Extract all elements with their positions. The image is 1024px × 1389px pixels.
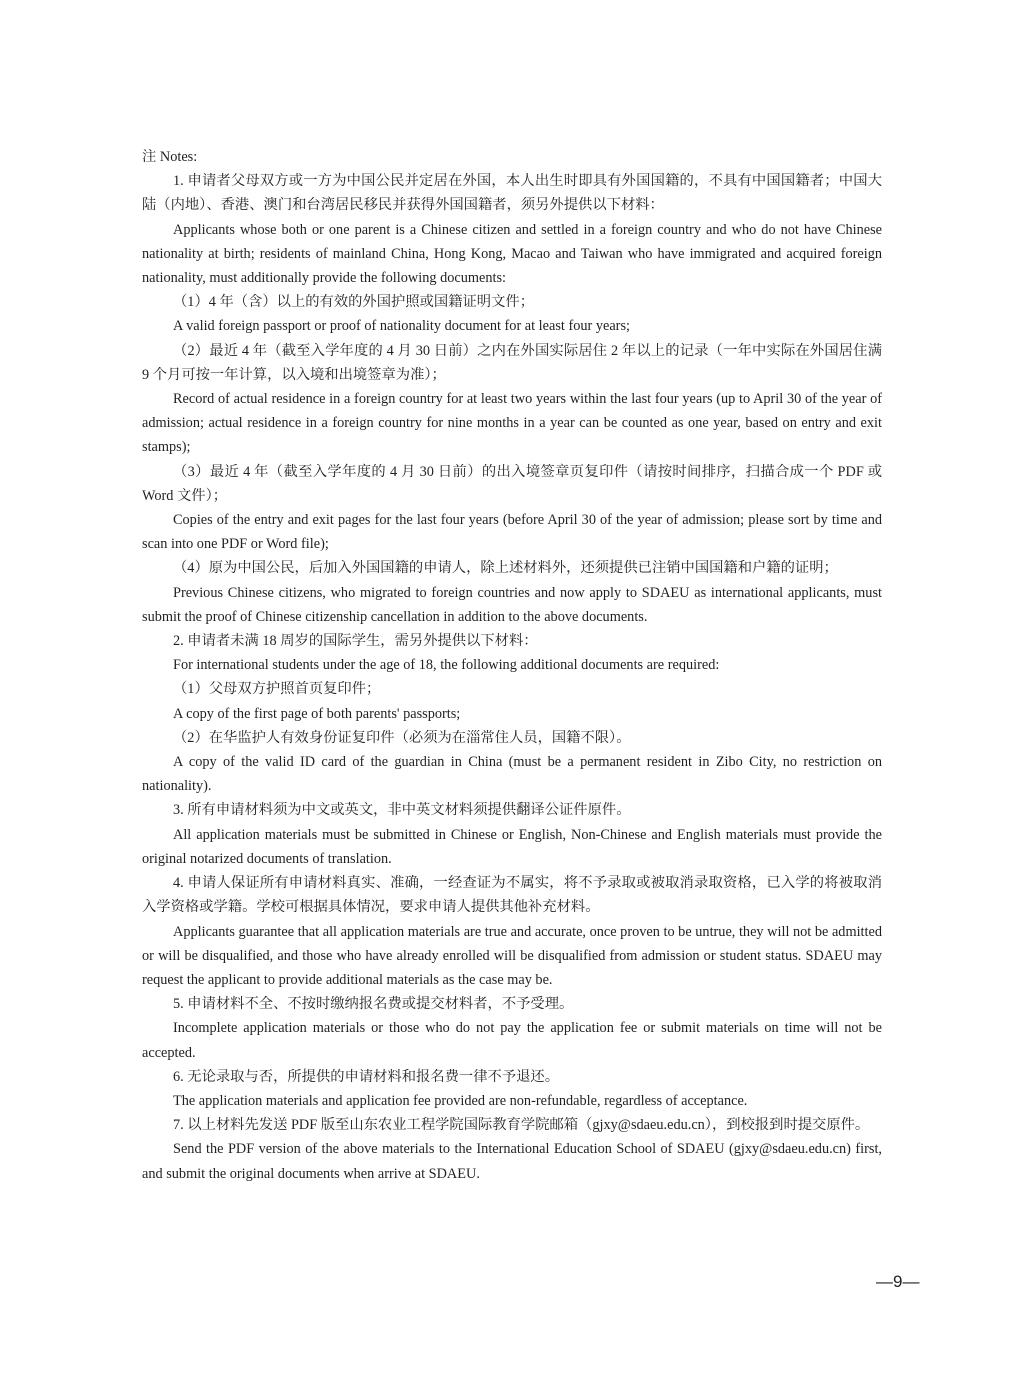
note-2-2-en: A copy of the valid ID card of the guard…: [142, 750, 882, 798]
note-5-zh: 5. 申请材料不全、不按时缴纳报名费或提交材料者，不予受理。: [142, 992, 882, 1016]
page-number: —9—: [876, 1272, 919, 1292]
note-4-zh: 4. 申请人保证所有申请材料真实、准确，一经查证为不属实，将不予录取或被取消录取…: [142, 871, 882, 919]
note-1-2-en: Record of actual residence in a foreign …: [142, 387, 882, 460]
note-5-en: Incomplete application materials or thos…: [142, 1016, 882, 1064]
note-1-3-zh: （3）最近 4 年（截至入学年度的 4 月 30 日前）的出入境签章页复印件（请…: [142, 460, 882, 508]
note-1-zh: 1. 申请者父母双方或一方为中国公民并定居在外国，本人出生时即具有外国国籍的，不…: [142, 169, 882, 217]
note-3-en: All application materials must be submit…: [142, 823, 882, 871]
note-7-zh: 7. 以上材料先发送 PDF 版至山东农业工程学院国际教育学院邮箱（gjxy@s…: [142, 1113, 882, 1137]
note-1-4-zh: （4）原为中国公民，后加入外国国籍的申请人，除上述材料外，还须提供已注销中国国籍…: [142, 556, 882, 580]
note-1-1-zh: （1）4 年（含）以上的有效的外国护照或国籍证明文件；: [142, 290, 882, 314]
note-1-3-en: Copies of the entry and exit pages for t…: [142, 508, 882, 556]
notes-heading: 注 Notes:: [142, 145, 882, 169]
notes-section: 注 Notes: 1. 申请者父母双方或一方为中国公民并定居在外国，本人出生时即…: [142, 145, 882, 1186]
note-7-en: Send the PDF version of the above materi…: [142, 1137, 882, 1185]
note-2-2-zh: （2）在华监护人有效身份证复印件（必须为在淄常住人员，国籍不限）。: [142, 726, 882, 750]
note-2-1-en: A copy of the first page of both parents…: [142, 702, 882, 726]
note-4-en: Applicants guarantee that all applicatio…: [142, 920, 882, 993]
note-2-1-zh: （1）父母双方护照首页复印件；: [142, 677, 882, 701]
note-1-1-en: A valid foreign passport or proof of nat…: [142, 314, 882, 338]
note-6-zh: 6. 无论录取与否，所提供的申请材料和报名费一律不予退还。: [142, 1065, 882, 1089]
note-1-2-zh: （2）最近 4 年（截至入学年度的 4 月 30 日前）之内在外国实际居住 2 …: [142, 339, 882, 387]
note-2-zh: 2. 申请者未满 18 周岁的国际学生，需另外提供以下材料：: [142, 629, 882, 653]
note-1-4-en: Previous Chinese citizens, who migrated …: [142, 581, 882, 629]
note-6-en: The application materials and applicatio…: [142, 1089, 882, 1113]
note-3-zh: 3. 所有申请材料须为中文或英文，非中英文材料须提供翻译公证件原件。: [142, 798, 882, 822]
note-1-en: Applicants whose both or one parent is a…: [142, 218, 882, 291]
note-2-en: For international students under the age…: [142, 653, 882, 677]
